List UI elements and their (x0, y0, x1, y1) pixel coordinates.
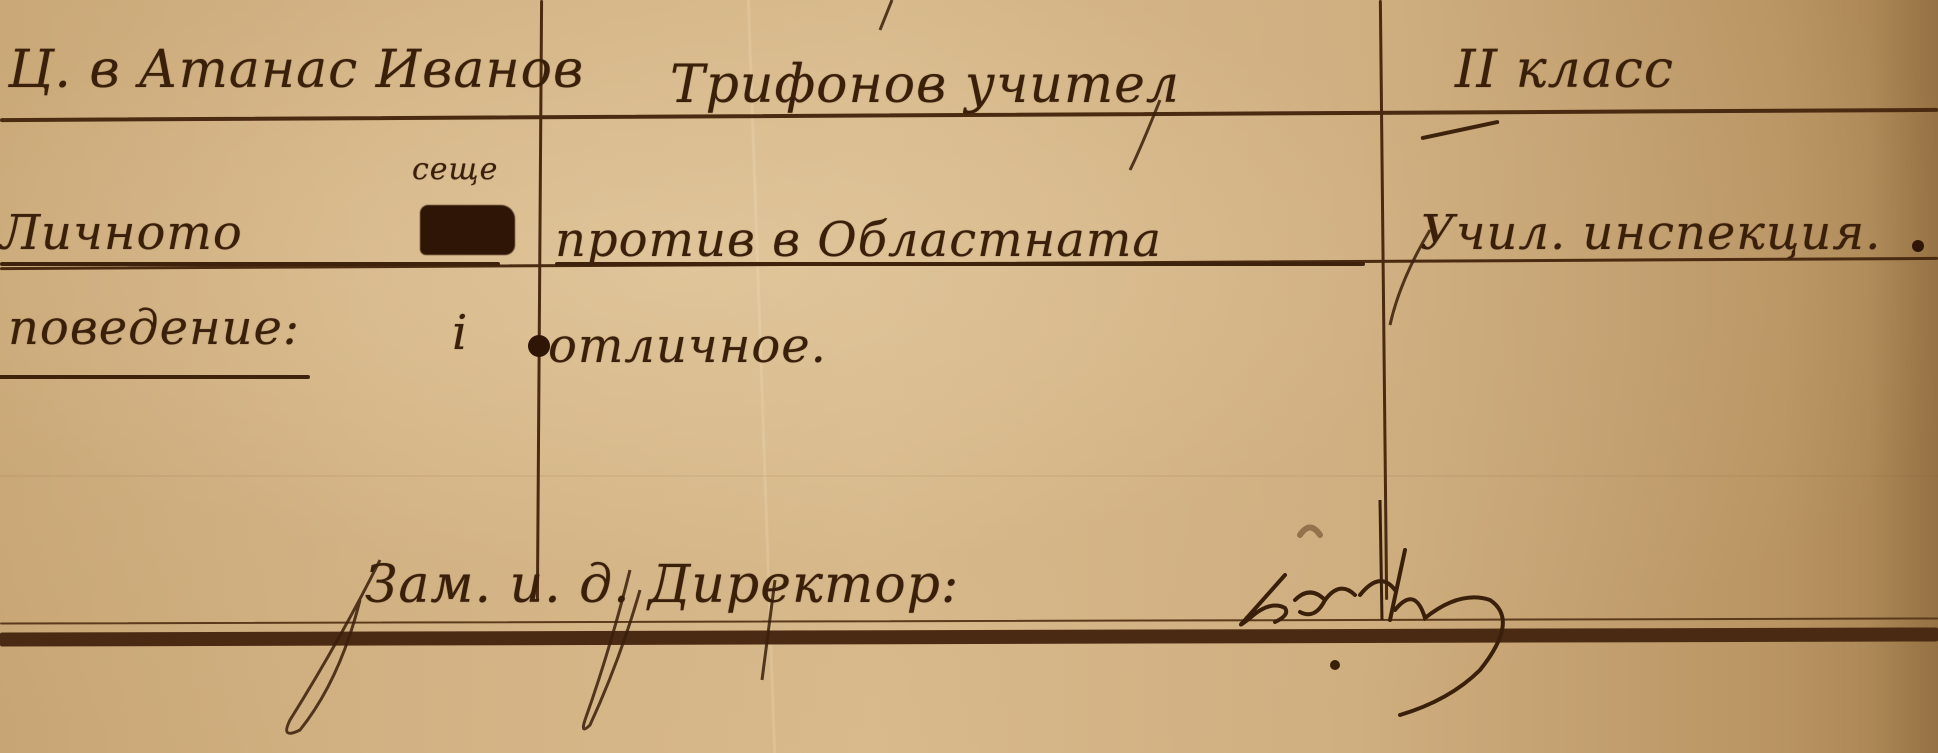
row3-col1-mark: і (452, 305, 468, 361)
row2-col1-underline (0, 262, 500, 266)
row1-col1-text: Ц. в Атанас Иванов (8, 40, 584, 100)
struck-out-word (420, 205, 515, 255)
row2-col2-underline (555, 262, 1365, 266)
row1-col3-text: II класс (1455, 40, 1674, 100)
row2-col2-text: против в Областната (555, 212, 1162, 268)
footer-label: Зам. и. д. Директор: (365, 555, 959, 615)
row3-col1-text: поведение: (8, 300, 300, 356)
row2-col1-text: Личното (0, 205, 243, 261)
ink-dot (1912, 240, 1924, 252)
paper-fold (0, 475, 1938, 477)
signature-icon (1230, 500, 1650, 740)
director-signature (1230, 500, 1650, 740)
row2-correction-above: сеще (412, 152, 498, 187)
row3-col2-text: отличное. (548, 318, 827, 374)
ink-blot (528, 335, 550, 357)
row1-col2-text: Трифонов учител (670, 55, 1180, 115)
row2-col3-text: Учил. инспекция. (1420, 205, 1881, 261)
row3-col1-underline (0, 375, 310, 379)
